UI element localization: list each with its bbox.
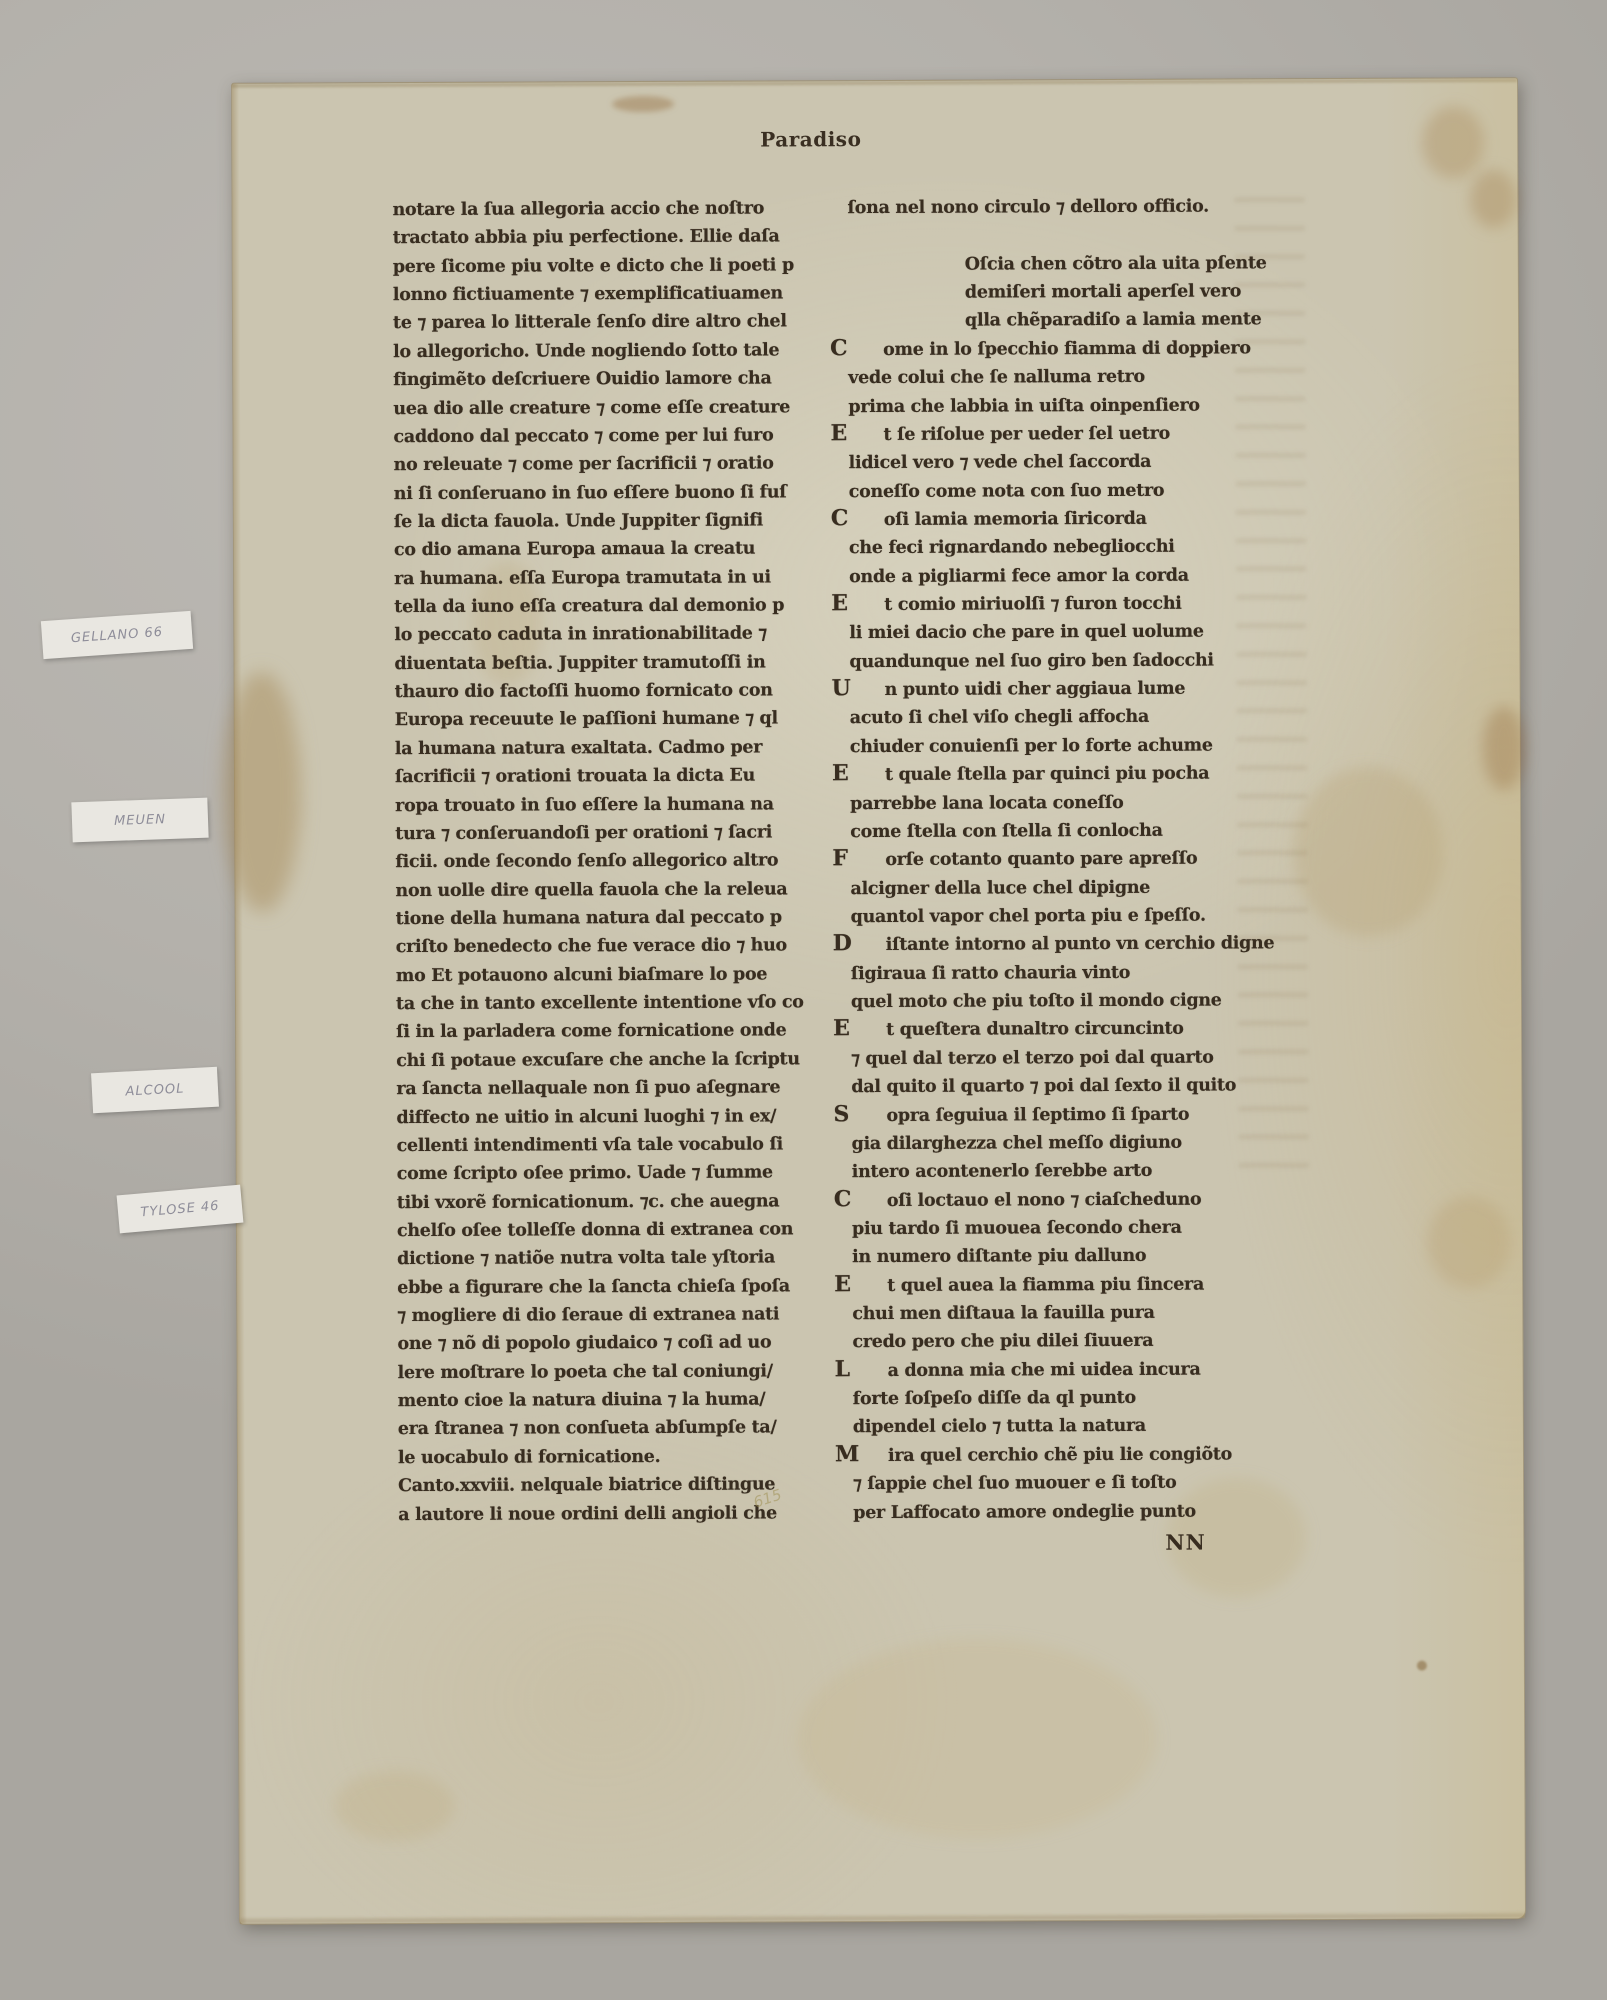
tercet-initial: S bbox=[833, 1100, 849, 1128]
text-line: ebbe a figurare che la ſancta chieſa ſpo… bbox=[397, 1272, 782, 1302]
verse-line: che feci rignardando nebegliocchi bbox=[849, 533, 1289, 563]
verse-line: Coſi lamia memoria ſiricorda bbox=[849, 504, 1289, 534]
verse-line: ſigiraua ſi ratto chauria vinto bbox=[851, 958, 1291, 988]
text-line: ⁊ mogliere di dio ſeraue di extranea nat… bbox=[397, 1300, 782, 1330]
verse-line: parrebbe lana locata coneſſo bbox=[850, 788, 1290, 818]
tercet-initial: L bbox=[835, 1355, 850, 1383]
running-header: Paradiso bbox=[760, 127, 861, 151]
text-line: chi ſi potaue excuſare che anche la ſcri… bbox=[396, 1045, 781, 1075]
text-line: cellenti intendimenti vſa tale vocabulo … bbox=[397, 1130, 782, 1160]
verse-line: Et queſtera dunaltro circuncinto bbox=[851, 1015, 1291, 1045]
verse-line: li miei dacio che pare in quel uolume bbox=[849, 618, 1289, 648]
text-line: notare la ſua allegoria accio che noſtro bbox=[392, 194, 777, 224]
text-line: lo allegoricho. Unde nogliendo ſotto tal… bbox=[393, 336, 778, 366]
text-line: ra humana. eſſa Europa tramutata in ui bbox=[394, 563, 779, 593]
text-line: ni ſi conſeruano in ſuo eſſere buono ſi … bbox=[394, 478, 779, 508]
tercet-initial: E bbox=[830, 419, 847, 447]
verse-line: dal quito il quarto ⁊ poi dal ſexto il q… bbox=[851, 1071, 1291, 1101]
text-line: ſe la dicta fauola. Unde Juppiter ſignif… bbox=[394, 506, 779, 536]
verse-line: acuto ſi chel viſo chegli affocha bbox=[850, 703, 1290, 733]
edge-discoloration bbox=[1382, 78, 1525, 1919]
verse-line: dipendel cielo ⁊ tutta la natura bbox=[853, 1412, 1293, 1442]
tercet-initial: M bbox=[835, 1440, 859, 1468]
verse-line: lidicel vero ⁊ vede chel ſaccorda bbox=[849, 447, 1289, 477]
sticker-label: TYLOSE 46 bbox=[140, 1198, 220, 1220]
verse-line: coneſſo come nota con ſuo metro bbox=[849, 476, 1289, 506]
sticker-label: ALCOOL bbox=[125, 1081, 185, 1099]
text-line: ta che in tanto excellente intentione vſ… bbox=[396, 988, 781, 1018]
verse-line: piu tardo ſi muouea ſecondo chera bbox=[852, 1213, 1292, 1243]
text-line: tura ⁊ conſeruandoſi per orationi ⁊ ſacr… bbox=[395, 818, 780, 848]
text-line: criſto benedecto che fue verace dio ⁊ hu… bbox=[396, 932, 781, 962]
verse-line: Forſe cotanto quanto pare apreſſo bbox=[850, 844, 1290, 874]
verse-line: Et comio miriuolſi ⁊ furon tocchi bbox=[849, 589, 1289, 619]
text-line: a lautore li noue ordini delli angioli c… bbox=[398, 1499, 783, 1529]
verse-line: Oſcia chen cõtro ala uita pſente bbox=[848, 249, 1288, 279]
verse-line: Sopra ſeguiua il ſeptimo ſi ſparto bbox=[851, 1100, 1291, 1130]
commentary-column: notare la ſua allegoria accio che noſtro… bbox=[392, 194, 783, 1529]
text-line: diuentata beſtia. Juppiter tramutoſſi in bbox=[394, 648, 779, 678]
text-line: lere moſtrare lo poeta che tal coniungi/ bbox=[398, 1357, 783, 1387]
text-line: Europa receuute le paſſioni humane ⁊ ql bbox=[395, 705, 780, 735]
verse-line: Et quel auea la fiamma piu ſincera bbox=[852, 1270, 1292, 1300]
tercet-initial: C bbox=[831, 504, 848, 532]
verse-line: qlla chẽparadiſo a lamia mente bbox=[848, 306, 1288, 336]
photo-background: Paradiso notare la ſua allegoria accio c… bbox=[0, 0, 1607, 2000]
text-line: tractato abbia piu perfectione. Ellie da… bbox=[393, 223, 778, 253]
sticker-label: GELLANO 66 bbox=[70, 624, 163, 645]
text-line: mento cioe la natura diuina ⁊ la huma/ bbox=[398, 1386, 783, 1416]
verse-line: vede colui che ſe nalluma retro bbox=[848, 362, 1288, 392]
verse-line: ſona nel nono circulo ⁊ delloro officio. bbox=[847, 192, 1287, 222]
verse-line: forte ſoſpeſo diſſe da ql punto bbox=[853, 1383, 1293, 1413]
verse-line: Et ſe riſolue per ueder ſel uetro bbox=[848, 419, 1288, 449]
text-line: ficii. onde ſecondo ſenſo allegorico alt… bbox=[395, 847, 780, 877]
verse-line: quel moto che piu toſto il mondo cigne bbox=[851, 986, 1291, 1016]
text-line: tione della humana natura dal peccato p bbox=[396, 903, 781, 933]
conservation-sticker: GELLANO 66 bbox=[41, 611, 193, 659]
text-line: co dio amana Europa amaua la creatu bbox=[394, 535, 779, 565]
tercet-initial: E bbox=[831, 589, 848, 617]
text-line: era ſtranea ⁊ non conſueta abſumpſe ta/ bbox=[398, 1414, 783, 1444]
verse-line: Diſtante intorno al punto vn cerchio dig… bbox=[851, 930, 1291, 960]
tercet-initial: E bbox=[832, 759, 849, 787]
tercet-initial: E bbox=[834, 1270, 851, 1298]
text-line: le uocabulo di fornicatione. bbox=[398, 1442, 783, 1472]
text-line: mo Et potauono alcuni biaſmare lo poe bbox=[396, 960, 781, 990]
text-line: one ⁊ nõ di popolo giudaico ⁊ coſi ad uo bbox=[397, 1329, 782, 1359]
text-line: dictione ⁊ natiõe nutra volta tale yſtor… bbox=[397, 1244, 782, 1274]
verse-line: credo pero che piu dilei ſiuuera bbox=[852, 1327, 1292, 1357]
text-line: ra ſancta nellaquale non ſi puo aſegnare bbox=[396, 1074, 781, 1104]
leaf-bottom-edge bbox=[240, 1913, 1525, 1924]
text-line: no releuate ⁊ come per ſacrificii ⁊ orat… bbox=[394, 450, 779, 480]
text-line: non uolle dire quella fauola che la rele… bbox=[395, 875, 780, 905]
verse-line: per Laffocato amore ondeglie punto bbox=[853, 1497, 1293, 1527]
text-line: ropa trouato in ſuo eſſere la humana na bbox=[395, 790, 780, 820]
verse-line: come ſtella con ſtella ſi conlocha bbox=[850, 816, 1290, 846]
verse-line: demiſeri mortali aperſel vero bbox=[848, 277, 1288, 307]
verse-line: quantol vapor chel porta piu e ſpeſſo. bbox=[851, 901, 1291, 931]
text-line: thauro dio factoſſi huomo fornicato con bbox=[395, 677, 780, 707]
verse-line: ⁊ ſappie chel ſuo muouer e ſi toſto bbox=[853, 1468, 1293, 1498]
verse-column: ſona nel nono circulo ⁊ delloro officio.… bbox=[847, 192, 1293, 1527]
verse-line: chiuder conuienſi per lo forte achume bbox=[850, 731, 1290, 761]
foxing-stain bbox=[797, 1638, 1158, 1840]
verse-line: intero acontenerlo ſerebbe arto bbox=[852, 1156, 1292, 1186]
verse-line: Come in lo ſpecchio fiamma di doppiero bbox=[848, 334, 1288, 364]
leaf-top-edge bbox=[232, 78, 1517, 88]
verse-line: quandunque nel ſuo giro ben ſadocchi bbox=[849, 646, 1289, 676]
verse-line: onde a pigliarmi fece amor la corda bbox=[849, 561, 1289, 591]
foxing-stain bbox=[334, 1771, 454, 1842]
deckled-left-edge bbox=[232, 84, 247, 1924]
text-line: uea dio alle creature ⁊ come eſſe creatu… bbox=[393, 393, 778, 423]
tercet-initial: F bbox=[832, 844, 847, 872]
text-line: te ⁊ parea lo litterale ſenſo dire altro… bbox=[393, 308, 778, 338]
verse-line: Coſi loctauo el nono ⁊ ciaſcheduno bbox=[852, 1185, 1292, 1215]
verse-line: Un punto uidi cher aggiaua lume bbox=[850, 674, 1290, 704]
incunabulum-leaf: Paradiso notare la ſua allegoria accio c… bbox=[231, 77, 1526, 1925]
text-line: lonno fictiuamente ⁊ exemplificatiuamen bbox=[393, 280, 778, 310]
verse-line: chui men diſtaua la fauilla pura bbox=[852, 1298, 1292, 1328]
verse-line: ⁊ quel dal terzo el terzo poi dal quarto bbox=[851, 1043, 1291, 1073]
tercet-initial: C bbox=[834, 1185, 851, 1213]
conservation-sticker: ALCOOL bbox=[91, 1067, 219, 1114]
text-line: ſacrificii ⁊ orationi trouata la dicta E… bbox=[395, 762, 780, 792]
text-line: la humana natura exaltata. Cadmo per bbox=[395, 733, 780, 763]
tercet-initial: U bbox=[832, 674, 851, 702]
text-line: caddono dal peccato ⁊ come per lui furo bbox=[393, 421, 778, 451]
text-line: ſi in la parladera come fornicatione ond… bbox=[396, 1017, 781, 1047]
tercet-initial: D bbox=[833, 929, 852, 957]
foxing-stain bbox=[223, 672, 302, 912]
verse-line: alcigner della luce chel dipigne bbox=[850, 873, 1290, 903]
text-line: pere ſicome piu volte e dicto che li poe… bbox=[393, 251, 778, 281]
tercet-initial: E bbox=[833, 1015, 850, 1043]
conservation-sticker: TYLOSE 46 bbox=[117, 1185, 244, 1234]
tercet-initial: C bbox=[830, 334, 847, 362]
verse-line: La donna mia che mi uidea incura bbox=[853, 1355, 1293, 1385]
text-line: diffecto ne uitio in alcuni luoghi ⁊ in … bbox=[396, 1102, 781, 1132]
sticker-label: MEUEN bbox=[114, 812, 166, 829]
verse-line: Et quale ſtella par quinci piu pocha bbox=[850, 759, 1290, 789]
conservation-sticker: MEUEN bbox=[71, 798, 208, 843]
verse-line: prima che labbia in uiſta oinpenſiero bbox=[848, 391, 1288, 421]
foxing-stain bbox=[612, 96, 674, 112]
verse-line: Mira quel cerchio chẽ piu lie congiõto bbox=[853, 1440, 1293, 1470]
text-line: come ſcripto oſee primo. Uade ⁊ ſumme bbox=[397, 1159, 782, 1189]
verse-line: in numero diſtante piu dalluno bbox=[852, 1241, 1292, 1271]
text-line: Canto.xxviii. nelquale biatrice diſtingu… bbox=[398, 1471, 783, 1501]
text-line: chelſo oſee tolleſſe donna di extranea c… bbox=[397, 1215, 782, 1245]
text-line: fingimẽto deſcriuere Ouidio lamore cha bbox=[393, 365, 778, 395]
quire-signature: NN bbox=[1165, 1530, 1205, 1555]
verse-line: gia dilarghezza chel meſſo digiuno bbox=[852, 1128, 1292, 1158]
text-line: tella da iuno eſſa creatura dal demonio … bbox=[394, 591, 779, 621]
text-line: tibi vxorẽ fornicationum. ⁊c. che auegna bbox=[397, 1187, 782, 1217]
text-line: lo peccato caduta in inrationabilitade ⁊ bbox=[394, 620, 779, 650]
